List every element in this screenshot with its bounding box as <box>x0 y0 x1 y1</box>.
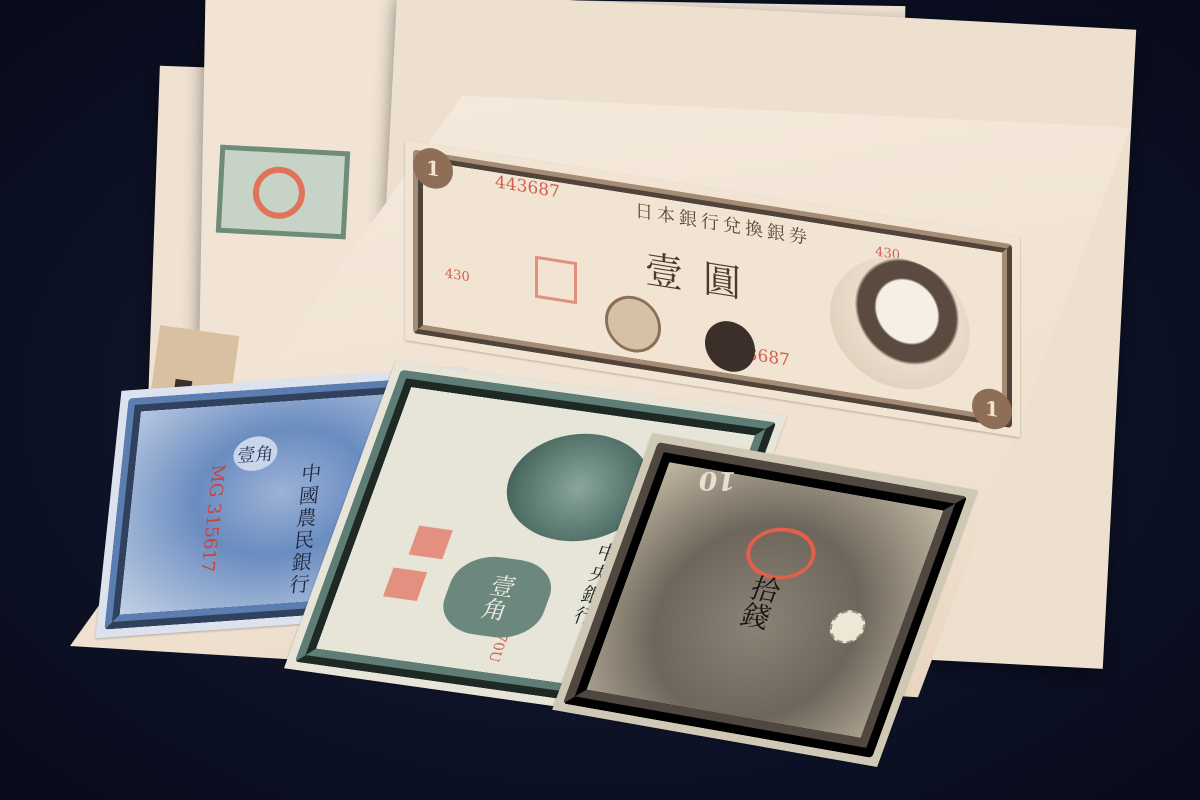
partial-green-note <box>216 145 350 240</box>
corner-numeral: 10 <box>696 465 738 494</box>
photo-scene: ■8月 1 1 日本銀行兌換銀券 壹圓 443687 443687 430 43… <box>0 0 1200 800</box>
red-seal-icon <box>252 165 307 220</box>
red-stamp-icon <box>535 256 577 305</box>
